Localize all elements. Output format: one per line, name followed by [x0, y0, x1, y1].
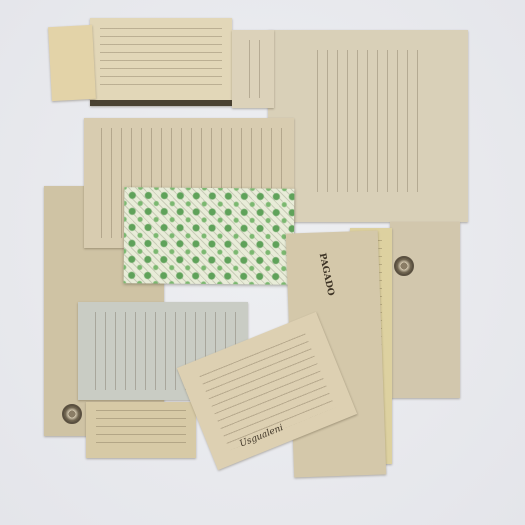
handwriting: [96, 410, 186, 450]
envelope-right: [390, 222, 460, 398]
handwriting-columns: [308, 50, 418, 192]
stamp-text: PAGADO: [317, 252, 336, 297]
letter-top-middle: [232, 30, 274, 108]
open-notebook: [268, 30, 468, 222]
small-notebook: [90, 18, 232, 106]
photo-background: PAGADO Usgualeni: [0, 0, 525, 525]
seal-stamp-icon: [62, 404, 82, 424]
folded-paper-corner: [48, 25, 96, 101]
green-patterned-cover: [124, 187, 295, 284]
ruled-lines: [100, 26, 222, 92]
handwriting: [240, 40, 266, 98]
seal-stamp-icon: [394, 256, 414, 276]
letter-bottom-left: [86, 402, 196, 458]
